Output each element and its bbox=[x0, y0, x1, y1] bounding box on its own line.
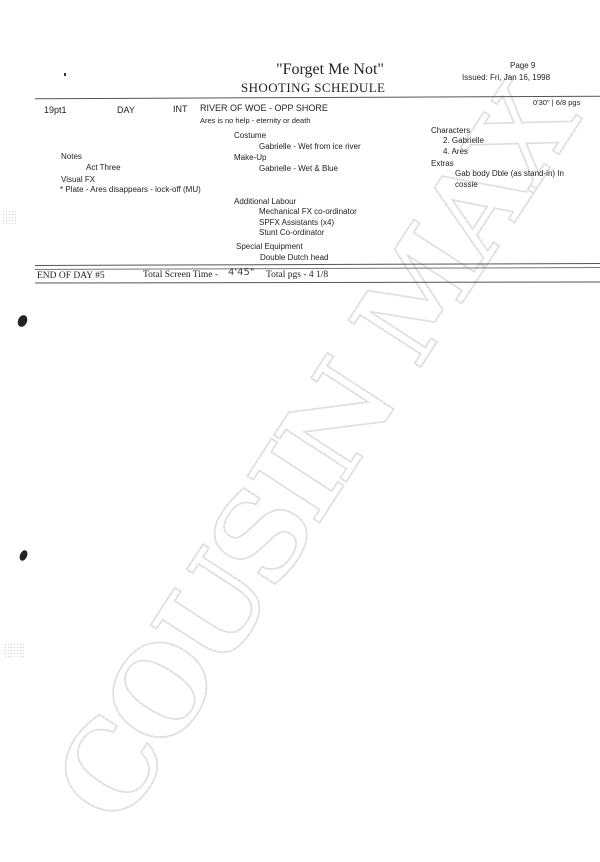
production-title: "Forget Me Not" bbox=[255, 61, 405, 79]
notes-label: Notes bbox=[61, 152, 82, 161]
scene-location: RIVER OF WOE - OPP SHORE bbox=[200, 103, 328, 113]
extras-item: cossie bbox=[455, 180, 478, 189]
header-rule bbox=[35, 96, 600, 99]
punch-hole bbox=[16, 314, 29, 329]
visual-fx-label: Visual FX bbox=[61, 175, 95, 184]
punch-hole bbox=[18, 549, 29, 562]
end-of-day: END OF DAY #5 bbox=[37, 271, 105, 281]
scene-synopsis: Ares is no help - eternity or death bbox=[200, 116, 310, 125]
stray-mark bbox=[64, 73, 66, 76]
document-subtitle: SHOOTING SCHEDULE bbox=[241, 80, 385, 96]
character-item: 2. Gabrielle bbox=[443, 136, 484, 145]
additional-labour-item: SPFX Assistants (x4) bbox=[259, 218, 334, 227]
costume-item: Gabrielle - Wet from ice river bbox=[259, 142, 361, 151]
visual-fx-item: * Plate - Ares disappears - lock-off (MU… bbox=[60, 185, 201, 194]
scene-number: 19pt1 bbox=[44, 105, 67, 115]
makeup-item: Gabrielle - Wet & Blue bbox=[259, 164, 338, 173]
special-equipment-item: Double Dutch head bbox=[260, 253, 329, 262]
extras-label: Extras bbox=[431, 159, 454, 168]
costume-label: Costume bbox=[234, 131, 266, 140]
issued-date: Issued: Fri, Jan 16, 1998 bbox=[462, 73, 550, 82]
footer-rule-bottom bbox=[35, 282, 600, 284]
total-pages: Total pgs - 4 1/8 bbox=[266, 270, 328, 280]
scan-speckle bbox=[4, 643, 24, 659]
page-number: Page 9 bbox=[510, 61, 535, 70]
character-item: 4. Ares bbox=[443, 147, 468, 156]
additional-labour-item: Stunt Co-ordinator bbox=[259, 228, 324, 237]
scan-speckle bbox=[2, 210, 16, 226]
total-screen-time-handwritten: 4'45" bbox=[228, 267, 254, 278]
additional-labour-label: Additional Labour bbox=[234, 197, 296, 206]
schedule-page: COUSIN MAX COUSIN MAX "Forget Me Not" SH… bbox=[0, 0, 600, 862]
extras-item: Gab body Dble (as stand-in) In bbox=[455, 169, 564, 178]
makeup-label: Make-Up bbox=[234, 153, 266, 162]
total-screen-time-label: Total Screen Time - bbox=[143, 270, 218, 280]
notes-item: Act Three bbox=[86, 163, 121, 172]
additional-labour-item: Mechanical FX co-ordinator bbox=[259, 207, 357, 216]
watermark-celtic-text: COUSIN MAX COUSIN MAX bbox=[0, 0, 600, 862]
scene-int-ext: INT bbox=[173, 104, 188, 114]
scene-duration-pages: 0'30" | 6/8 pgs bbox=[533, 98, 580, 107]
footer-rule-top bbox=[35, 263, 600, 266]
special-equipment-label: Special Equipment bbox=[236, 242, 303, 251]
scene-time: DAY bbox=[117, 105, 135, 115]
characters-label: Characters bbox=[431, 126, 470, 135]
